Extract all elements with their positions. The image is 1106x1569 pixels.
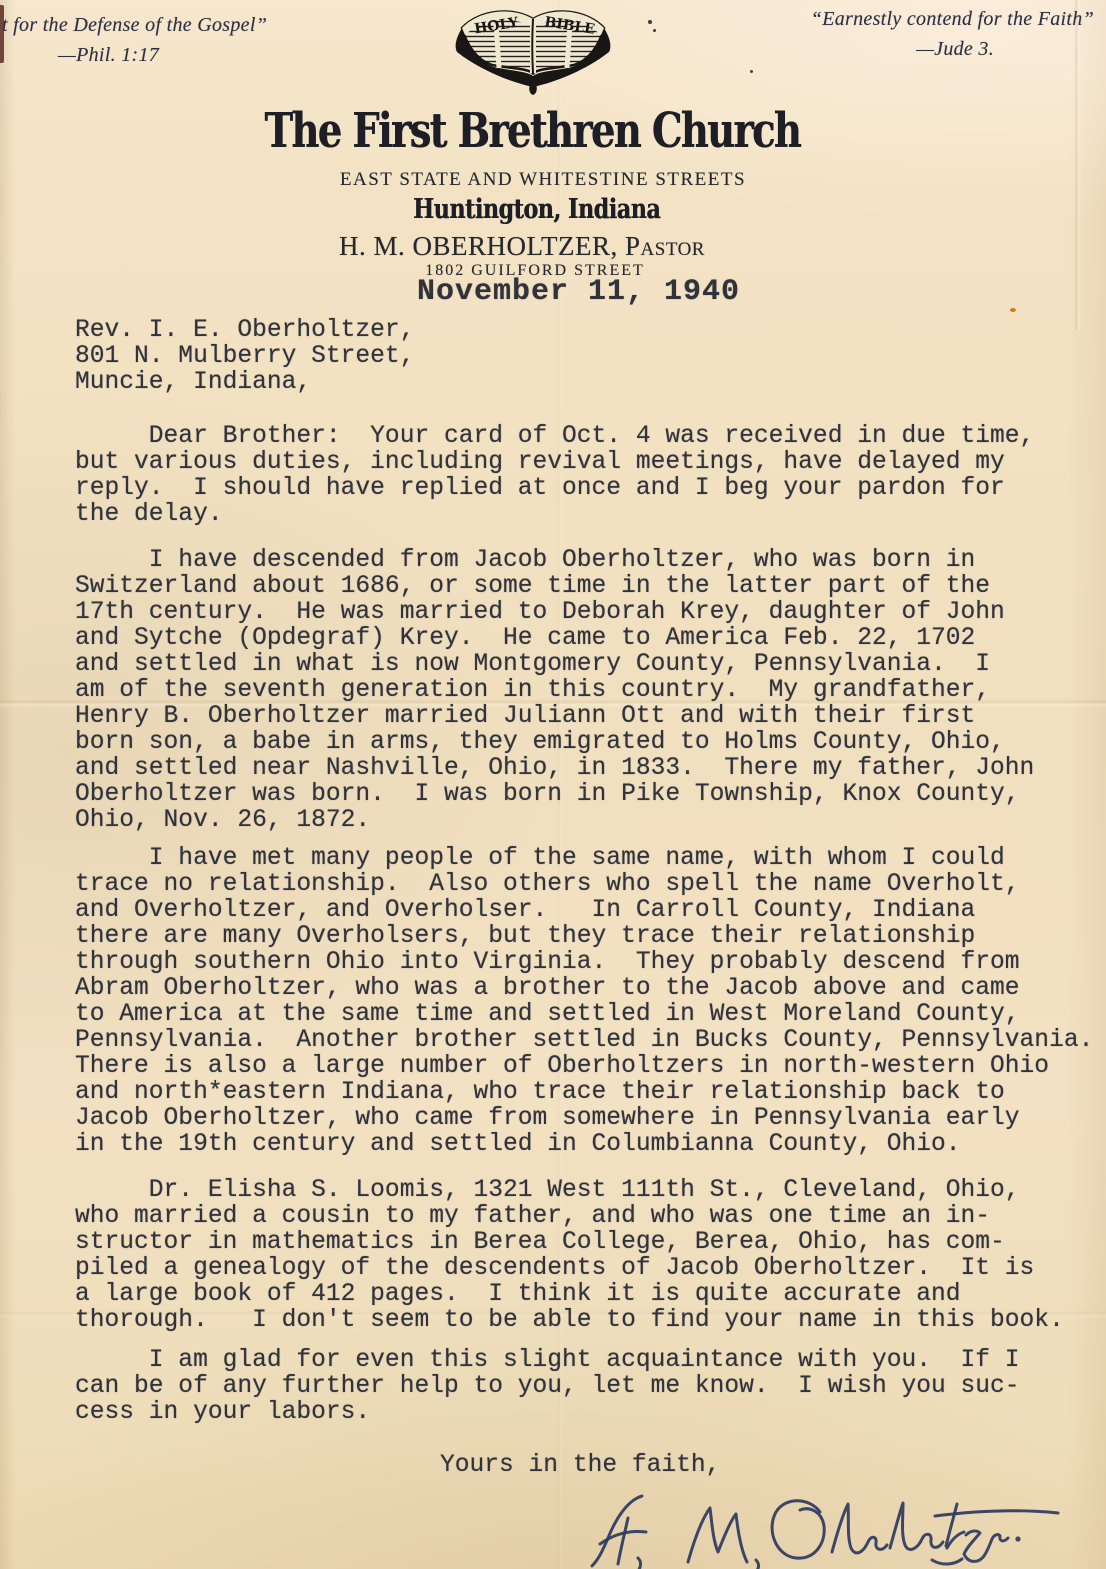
fold-crease bbox=[1074, 0, 1081, 330]
church-name: The First Brethren Church bbox=[90, 103, 975, 159]
pastor-line: H. M. OBERHOLTZER, Pastor bbox=[0, 231, 1075, 262]
ink-speck bbox=[648, 20, 652, 24]
signature-handwriting bbox=[580, 1478, 1080, 1569]
left-epigraph-text: t for the Defense of the Gospel” bbox=[2, 14, 267, 37]
paragraph-5: I am glad for even this slight acquainta… bbox=[75, 1348, 1020, 1426]
church-city-line: Huntington, Indiana bbox=[83, 194, 990, 225]
ink-speck bbox=[653, 29, 656, 32]
paragraph-4: Dr. Elisha S. Loomis, 1321 West 111th St… bbox=[75, 1178, 1064, 1334]
letter-date: November 11, 1940 bbox=[417, 275, 740, 309]
church-streets-line: EAST STATE AND WHITESTINE STREETS bbox=[0, 169, 1096, 191]
left-epigraph-cite: —Phil. 1:17 bbox=[58, 44, 159, 67]
ink-speck bbox=[750, 70, 753, 73]
orange-speck bbox=[1010, 308, 1016, 312]
scanned-letter-page: t for the Defense of the Gospel” —Phil. … bbox=[0, 0, 1106, 1569]
right-epigraph-text: “Earnestly contend for the Faith” bbox=[811, 8, 1094, 31]
holy-bible-book-icon: HOLY BIBLE bbox=[448, 4, 618, 96]
right-epigraph-cite: —Jude 3. bbox=[916, 38, 994, 61]
paragraph-1: Dear Brother: Your card of Oct. 4 was re… bbox=[75, 424, 1034, 528]
paragraph-2: I have descended from Jacob Oberholtzer,… bbox=[75, 548, 1034, 834]
recipient-address: Rev. I. E. Oberholtzer, 801 N. Mulberry … bbox=[75, 318, 414, 396]
signature-text: H. M. Oberholtzer. bbox=[0, 0, 1, 1]
closing-salutation: Yours in the faith, bbox=[440, 1452, 720, 1479]
paragraph-3: I have met many people of the same name,… bbox=[75, 846, 1093, 1158]
